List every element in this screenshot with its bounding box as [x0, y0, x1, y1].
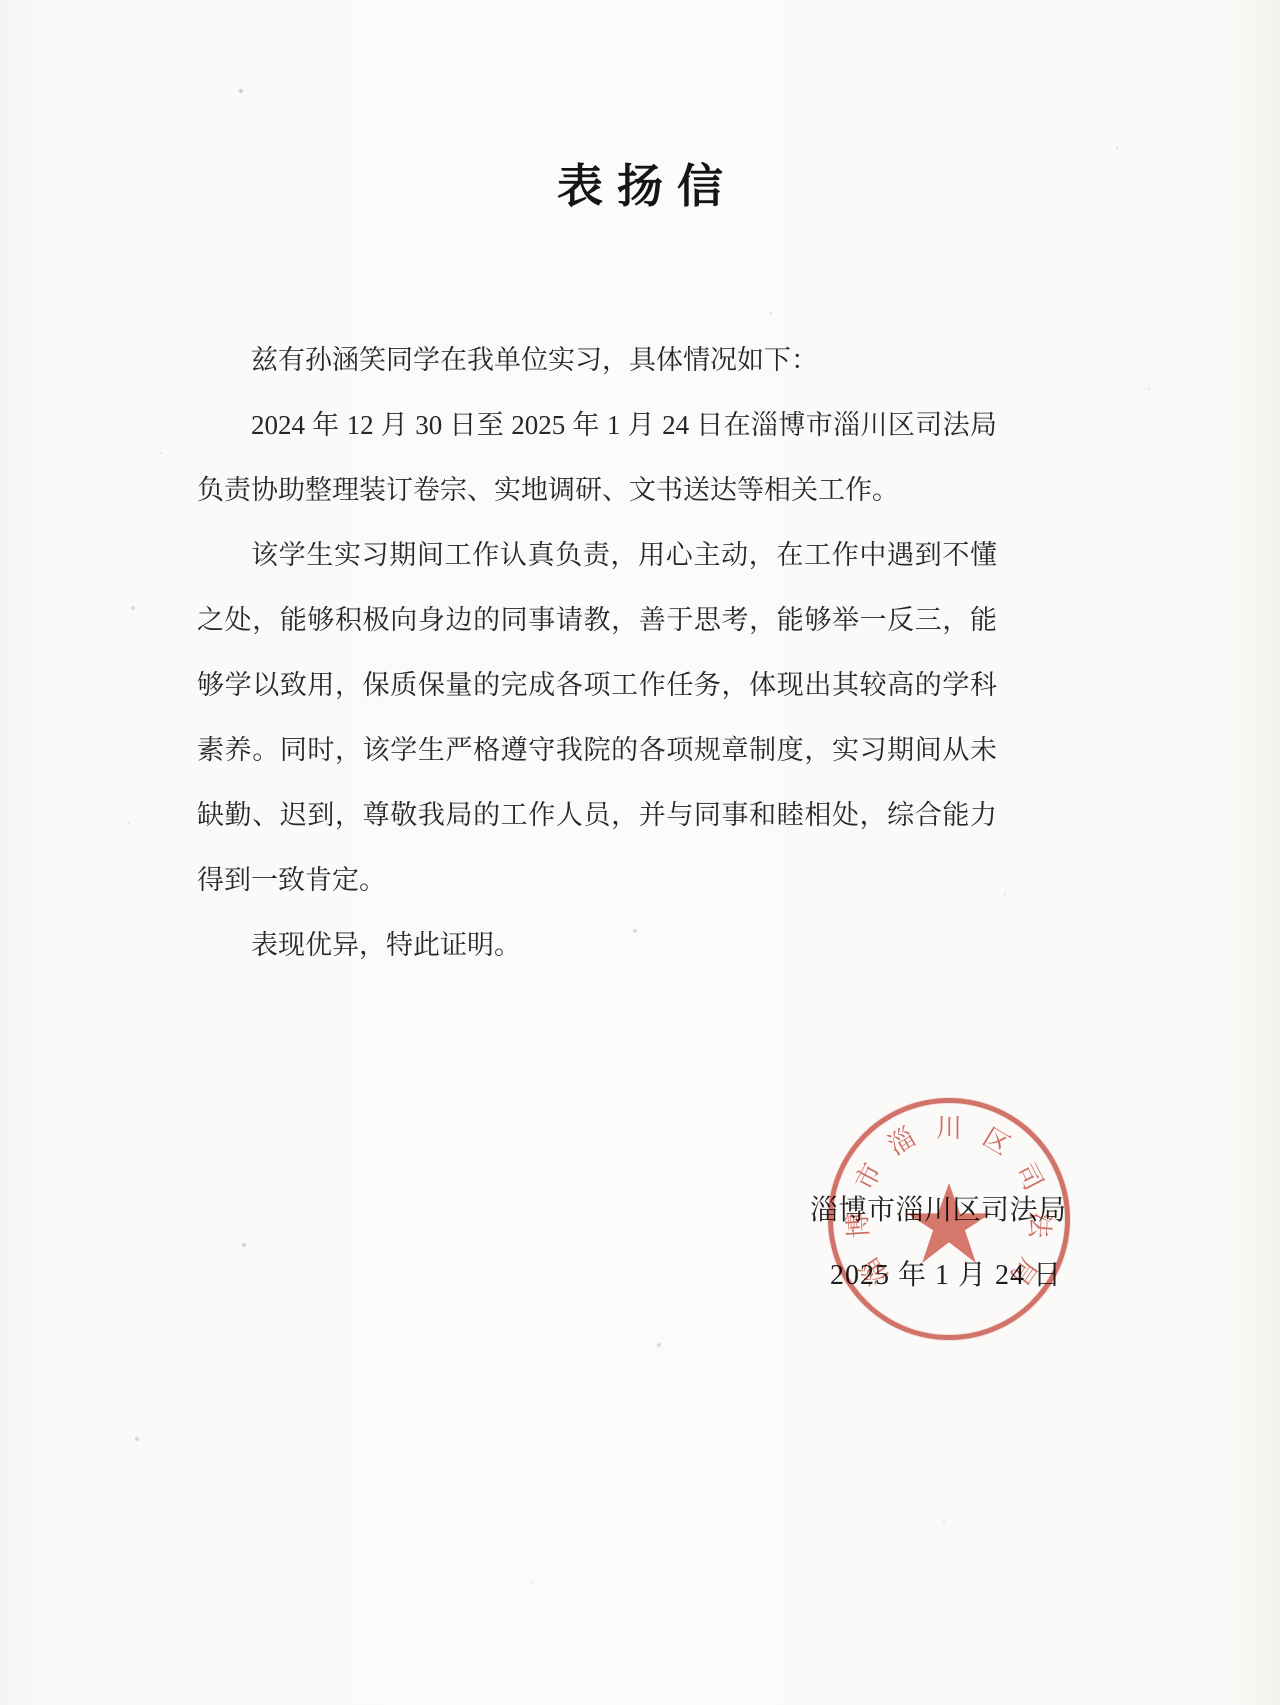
scanned-letter-page: 表扬信 兹有孙涵笑同学在我单位实习，具体情况如下： 2024 年 12 月 30…	[0, 0, 1280, 1705]
signature-organization: 淄博市淄川区司法局	[810, 1188, 1067, 1228]
signature-date: 2025 年 1 月 24 日	[830, 1253, 1062, 1293]
letter-title: 表扬信	[0, 150, 1280, 216]
paragraph-intro: 兹有孙涵笑同学在我单位实习，具体情况如下：	[197, 328, 997, 393]
scan-speck-artifacts	[0, 0, 2, 2]
paragraph-evaluation: 该学生实习期间工作认真负责，用心主动，在工作中遇到不懂之处，能够积极向身边的同事…	[197, 523, 997, 913]
letter-body: 兹有孙涵笑同学在我单位实习，具体情况如下： 2024 年 12 月 30 日至 …	[197, 328, 997, 978]
paragraph-period: 2024 年 12 月 30 日至 2025 年 1 月 24 日在淄博市淄川区…	[197, 393, 997, 523]
paragraph-closing: 表现优异，特此证明。	[197, 913, 997, 978]
